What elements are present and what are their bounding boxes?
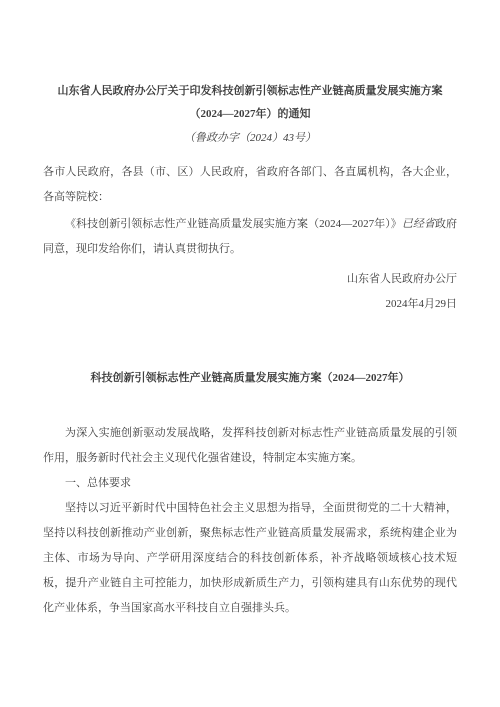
plan-intro-paragraph: 为深入实施创新驱动发展战略，发挥科技创新对标志性产业链高质量发展的引领作用，服务… [43,421,457,471]
forward-book-title: 《科技创新引领标志性产业链高质量发展实施方案（2024—2027年）》 [65,218,402,230]
notice-title-line2: （2024—2027年）的通知 [43,103,457,126]
notice-title-line1: 山东省人民政府办公厅关于印发科技创新引领标志性产业链高质量发展实施方案 [43,80,457,103]
forward-italic-run: 已经省 [402,218,435,230]
issue-date-line: 2024年4月29日 [43,292,457,317]
recipients-line: 各市人民政府，各县（市、区）人民政府，省政府各部门、各直属机构，各大企业，各高等… [43,160,457,210]
section1-heading: 一、总体要求 [43,471,457,496]
issuer-line: 山东省人民政府办公厅 [43,267,457,292]
section1-paragraph: 坚持以习近平新时代中国特色社会主义思想为指导，全面贯彻党的二十大精神，坚持以科技… [43,496,457,621]
document-page: 山东省人民政府办公厅关于印发科技创新引领标志性产业链高质量发展实施方案 （202… [0,0,500,707]
document-content: 山东省人民政府办公厅关于印发科技创新引领标志性产业链高质量发展实施方案 （202… [0,80,500,621]
forward-paragraph: 《科技创新引领标志性产业链高质量发展实施方案（2024—2027年）》已经省政府… [43,212,457,262]
plan-heading: 科技创新引领标志性产业链高质量发展实施方案（2024—2027年） [43,366,457,391]
notice-title: 山东省人民政府办公厅关于印发科技创新引领标志性产业链高质量发展实施方案 （202… [43,80,457,150]
doc-number: （鲁政办字（2024）43号） [43,127,457,150]
signature-block: 山东省人民政府办公厅 2024年4月29日 [43,267,457,317]
